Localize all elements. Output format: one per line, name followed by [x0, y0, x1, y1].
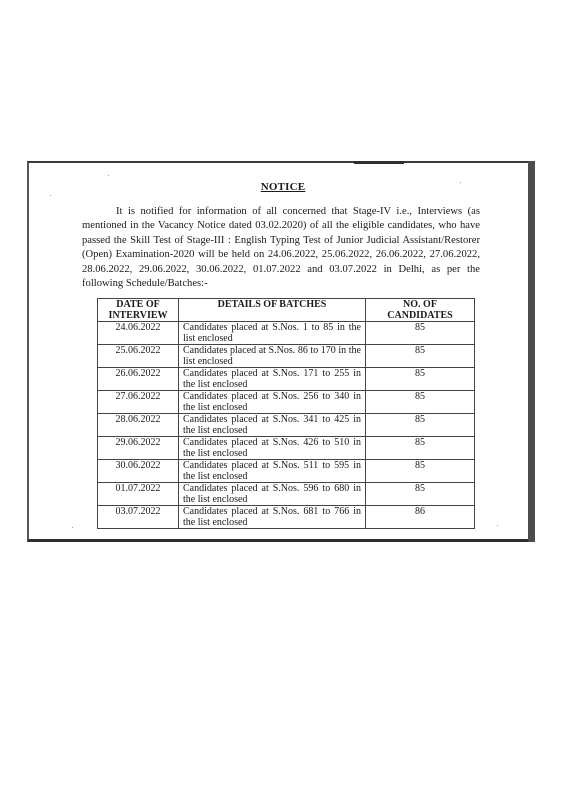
count-cell: 85 [366, 437, 475, 460]
details-cell: Candidates placed at S.Nos. 511 to 595 i… [179, 460, 366, 483]
table-row: 03.07.2022Candidates placed at S.Nos. 68… [98, 506, 475, 529]
header-details-of-batches: DETAILS OF BATCHES [179, 299, 366, 322]
scan-speck [108, 175, 109, 176]
date-cell: 24.06.2022 [98, 322, 179, 345]
table-row: 28.06.2022Candidates placed at S.Nos. 34… [98, 414, 475, 437]
schedule-table: DATE OF INTERVIEW DETAILS OF BATCHES NO.… [97, 298, 475, 529]
count-cell: 85 [366, 460, 475, 483]
details-cell: Candidates placed at S.Nos. 86 to 170 in… [179, 345, 366, 368]
scan-speck [460, 182, 461, 183]
page-edge-shadow [528, 161, 535, 542]
date-cell: 25.06.2022 [98, 345, 179, 368]
count-cell: 85 [366, 414, 475, 437]
details-cell: Candidates placed at S.Nos. 171 to 255 i… [179, 368, 366, 391]
count-cell: 85 [366, 322, 475, 345]
count-cell: 86 [366, 506, 475, 529]
date-cell: 28.06.2022 [98, 414, 179, 437]
details-cell: Candidates placed at S.Nos. 426 to 510 i… [179, 437, 366, 460]
count-cell: 85 [366, 368, 475, 391]
details-cell: Candidates placed at S.Nos. 341 to 425 i… [179, 414, 366, 437]
date-cell: 03.07.2022 [98, 506, 179, 529]
date-cell: 01.07.2022 [98, 483, 179, 506]
notice-title: NOTICE [0, 181, 566, 193]
notice-paragraph: It is notified for information of all co… [82, 205, 480, 291]
schedule-table-header: DATE OF INTERVIEW DETAILS OF BATCHES NO.… [98, 299, 475, 322]
details-cell: Candidates placed at S.Nos. 681 to 766 i… [179, 506, 366, 529]
header-no-of-candidates: NO. OF CANDIDATES [366, 299, 475, 322]
table-row: 01.07.2022Candidates placed at S.Nos. 59… [98, 483, 475, 506]
details-cell: Candidates placed at S.Nos. 1 to 85 in t… [179, 322, 366, 345]
notice-paragraph-text: It is notified for information of all co… [82, 206, 480, 289]
date-cell: 30.06.2022 [98, 460, 179, 483]
details-cell: Candidates placed at S.Nos. 256 to 340 i… [179, 391, 366, 414]
table-row: 25.06.2022Candidates placed at S.Nos. 86… [98, 345, 475, 368]
scan-speck [50, 195, 51, 196]
scan-speck [497, 525, 498, 526]
count-cell: 85 [366, 483, 475, 506]
scan-speck [72, 527, 73, 528]
table-row: 24.06.2022Candidates placed at S.Nos. 1 … [98, 322, 475, 345]
table-row: 26.06.2022Candidates placed at S.Nos. 17… [98, 368, 475, 391]
header-date-of-interview: DATE OF INTERVIEW [98, 299, 179, 322]
page-top-mark [354, 161, 404, 164]
count-cell: 85 [366, 345, 475, 368]
table-row: 30.06.2022Candidates placed at S.Nos. 51… [98, 460, 475, 483]
details-cell: Candidates placed at S.Nos. 596 to 680 i… [179, 483, 366, 506]
count-cell: 85 [366, 391, 475, 414]
date-cell: 27.06.2022 [98, 391, 179, 414]
date-cell: 26.06.2022 [98, 368, 179, 391]
table-row: 29.06.2022Candidates placed at S.Nos. 42… [98, 437, 475, 460]
schedule-table-body: 24.06.2022Candidates placed at S.Nos. 1 … [98, 322, 475, 529]
date-cell: 29.06.2022 [98, 437, 179, 460]
table-row: 27.06.2022Candidates placed at S.Nos. 25… [98, 391, 475, 414]
